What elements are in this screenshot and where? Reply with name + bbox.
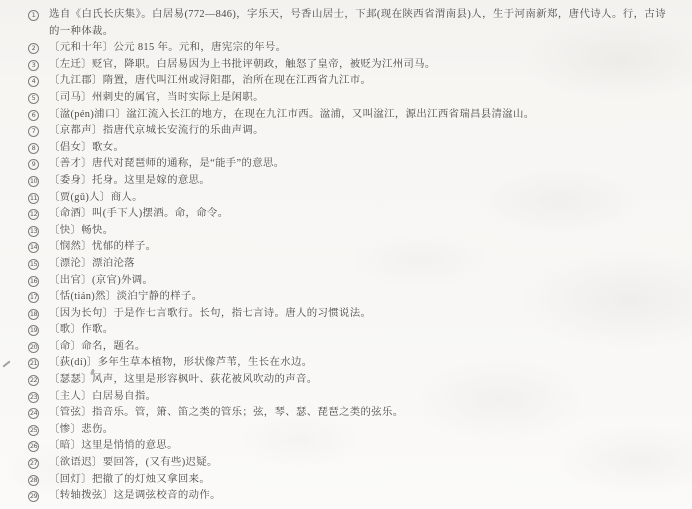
footnote-item: 12 〔命酒〕叫(手下人)摆酒。命，命令。 [28,206,666,223]
footnote-text: 〔因为长句〕于是作七言歌行。长句，指七言诗。唐人的习惯说法。 [49,306,666,323]
footnote-text: 〔欲语迟〕要回答，(又有些)迟疑。 [49,455,666,472]
footnote-item: 13 〔快〕畅快。 [28,223,666,240]
footnote-item: 10 〔委身〕托身。这里是嫁的意思。 [28,173,666,190]
footnote-text: 〔贾(gǔ)人〕商人。 [49,190,666,207]
footnote-number-badge: 16 [28,276,39,287]
footnote-number-badge: 18 [28,309,39,320]
footnote-number-badge: 6 [28,110,39,121]
footnote-item: 26 〔暗〕这里是悄悄的意思。 [28,438,666,455]
footnote-number-badge: 17 [28,292,39,303]
footnote-item: 24 〔管弦〕指音乐。管，箫、笛之类的管乐；弦，琴、瑟、琵琶之类的弦乐。 [28,405,666,422]
footnote-number-badge: 29 [28,491,39,502]
footnote-text: 〔管弦〕指音乐。管，箫、笛之类的管乐；弦，琴、瑟、琵琶之类的弦乐。 [49,405,666,422]
footnote-text: 〔委身〕托身。这里是嫁的意思。 [49,173,666,190]
footnote-number-badge: 26 [28,441,39,452]
footnote-text: 〔瑟瑟〕风声，这里是形容枫叶、荻花被风吹动的声音。 [49,372,666,389]
footnote-text: 〔命〕命名，题名。 [49,339,666,356]
footnote-item: 2 〔元和十年〕公元 815 年。元和，唐宪宗的年号。 [28,40,666,57]
footnote-item: 6 〔湓(pén)浦口〕湓江流入长江的地方，在现在九江市西。湓浦，又叫湓江，源出… [28,107,666,124]
footnote-item: 1 选自《白氏长庆集》。白居易(772—846)，字乐天，号香山居士，下邽(现在… [28,7,666,40]
footnote-item: 18 〔因为长句〕于是作七言歌行。长句，指七言诗。唐人的习惯说法。 [28,306,666,323]
scanned-textbook-page: 1 选自《白氏长庆集》。白居易(772—846)，字乐天，号香山居士，下邽(现在… [0,0,692,509]
footnote-item: 22 〔瑟瑟〕风声，这里是形容枫叶、荻花被风吹动的声音。 [28,372,666,389]
footnote-text: 〔漂沦〕漂泊沦落 [49,256,666,273]
footnote-number-badge: 25 [28,425,39,436]
footnote-item: 9 〔善才〕唐代对琵琶师的通称，是“能手”的意思。 [28,156,666,173]
footnote-number-badge: 3 [28,60,39,71]
footnote-number-badge: 22 [28,375,39,386]
footnote-item: 5 〔司马〕州刺史的属官，当时实际上是闲职。 [28,90,666,107]
footnote-item: 3 〔左迁〕贬官，降职。白居易因为上书批评朝政，触怒了皇帝，被贬为江州司马。 [28,57,666,74]
footnote-text: 〔恬(tián)然〕淡泊宁静的样子。 [49,289,666,306]
footnote-text: 〔暗〕这里是悄悄的意思。 [49,438,666,455]
footnote-list: 1 选自《白氏长庆集》。白居易(772—846)，字乐天，号香山居士，下邽(现在… [28,7,666,505]
footnote-text: 〔快〕畅快。 [49,223,666,240]
footnote-number-badge: 23 [28,392,39,403]
footnote-number-badge: 8 [28,143,39,154]
footnote-number-badge: 4 [28,76,39,87]
footnote-text: 〔湓(pén)浦口〕湓江流入长江的地方，在现在九江市西。湓浦，又叫湓江，源出江西… [49,107,666,124]
footnote-number-badge: 21 [28,358,39,369]
footnote-text: 〔歌〕作歌。 [49,322,666,339]
footnote-item: 14 〔悯然〕忧郁的样子。 [28,239,666,256]
footnote-item: 21 〔荻(dí)〕多年生草本植物，形状像芦苇，生长在水边。 [28,355,666,372]
footnote-item: 25 〔惨〕悲伤。 [28,422,666,439]
footnote-text: 选自《白氏长庆集》。白居易(772—846)，字乐天，号香山居士，下邽(现在陕西… [49,7,666,40]
footnote-number-badge: 5 [28,93,39,104]
footnote-number-badge: 20 [28,342,39,353]
footnote-text: 〔元和十年〕公元 815 年。元和，唐宪宗的年号。 [49,40,666,57]
footnote-number-badge: 9 [28,159,39,170]
footnote-number-badge: 7 [28,126,39,137]
footnote-text: 〔荻(dí)〕多年生草本植物，形状像芦苇，生长在水边。 [49,355,666,372]
footnote-number-badge: 24 [28,408,39,419]
footnote-item: 28 〔回灯〕把撤了的灯烛又拿回来。 [28,472,666,489]
footnote-text: 〔九江郡〕隋置，唐代叫江州或浔阳郡，治所在现在江西省九江市。 [49,73,666,90]
footnote-number-badge: 14 [28,242,39,253]
footnote-item: 19 〔歌〕作歌。 [28,322,666,339]
footnote-item: 4 〔九江郡〕隋置，唐代叫江州或浔阳郡，治所在现在江西省九江市。 [28,73,666,90]
footnote-item: 15 〔漂沦〕漂泊沦落 [28,256,666,273]
footnote-item: 17 〔恬(tián)然〕淡泊宁静的样子。 [28,289,666,306]
footnote-text: 〔左迁〕贬官，降职。白居易因为上书批评朝政，触怒了皇帝，被贬为江州司马。 [49,57,666,74]
footnote-item: 27 〔欲语迟〕要回答，(又有些)迟疑。 [28,455,666,472]
footnote-text: 〔惨〕悲伤。 [49,422,666,439]
footnote-text: 〔善才〕唐代对琵琶师的通称，是“能手”的意思。 [49,156,666,173]
footnote-number-badge: 11 [28,193,39,204]
footnote-number-badge: 12 [28,209,39,220]
footnote-number-badge: 28 [28,475,39,486]
footnote-number-badge: 19 [28,325,39,336]
footnote-number-badge: 10 [28,176,39,187]
footnote-number-badge: 1 [28,10,39,21]
footnote-item: 29 〔转轴拨弦〕这是调弦校音的动作。 [28,488,666,505]
footnote-number-badge: 15 [28,259,39,270]
footnote-item: 23 〔主人〕白居易自指。 [28,389,666,406]
footnote-item: 11 〔贾(gǔ)人〕商人。 [28,190,666,207]
footnote-text: 〔出官〕(京官)外调。 [49,273,666,290]
footnote-text: 〔回灯〕把撤了的灯烛又拿回来。 [49,472,666,489]
footnote-text: 〔转轴拨弦〕这是调弦校音的动作。 [49,488,666,505]
footnote-text: 〔京都声〕指唐代京城长安流行的乐曲声调。 [49,123,666,140]
pen-mark-artifact [2,360,10,367]
footnote-number-badge: 27 [28,458,39,469]
footnote-item: 20 〔命〕命名，题名。 [28,339,666,356]
footnote-text: 〔主人〕白居易自指。 [49,389,666,406]
footnote-item: 16 〔出官〕(京官)外调。 [28,273,666,290]
footnote-item: 8 〔倡女〕歌女。 [28,140,666,157]
footnote-number-badge: 2 [28,43,39,54]
footnote-text: 〔命酒〕叫(手下人)摆酒。命，命令。 [49,206,666,223]
footnote-number-badge: 13 [28,226,39,237]
footnote-item: 7 〔京都声〕指唐代京城长安流行的乐曲声调。 [28,123,666,140]
footnote-text: 〔司马〕州刺史的属官，当时实际上是闲职。 [49,90,666,107]
footnote-text: 〔悯然〕忧郁的样子。 [49,239,666,256]
footnote-text: 〔倡女〕歌女。 [49,140,666,157]
